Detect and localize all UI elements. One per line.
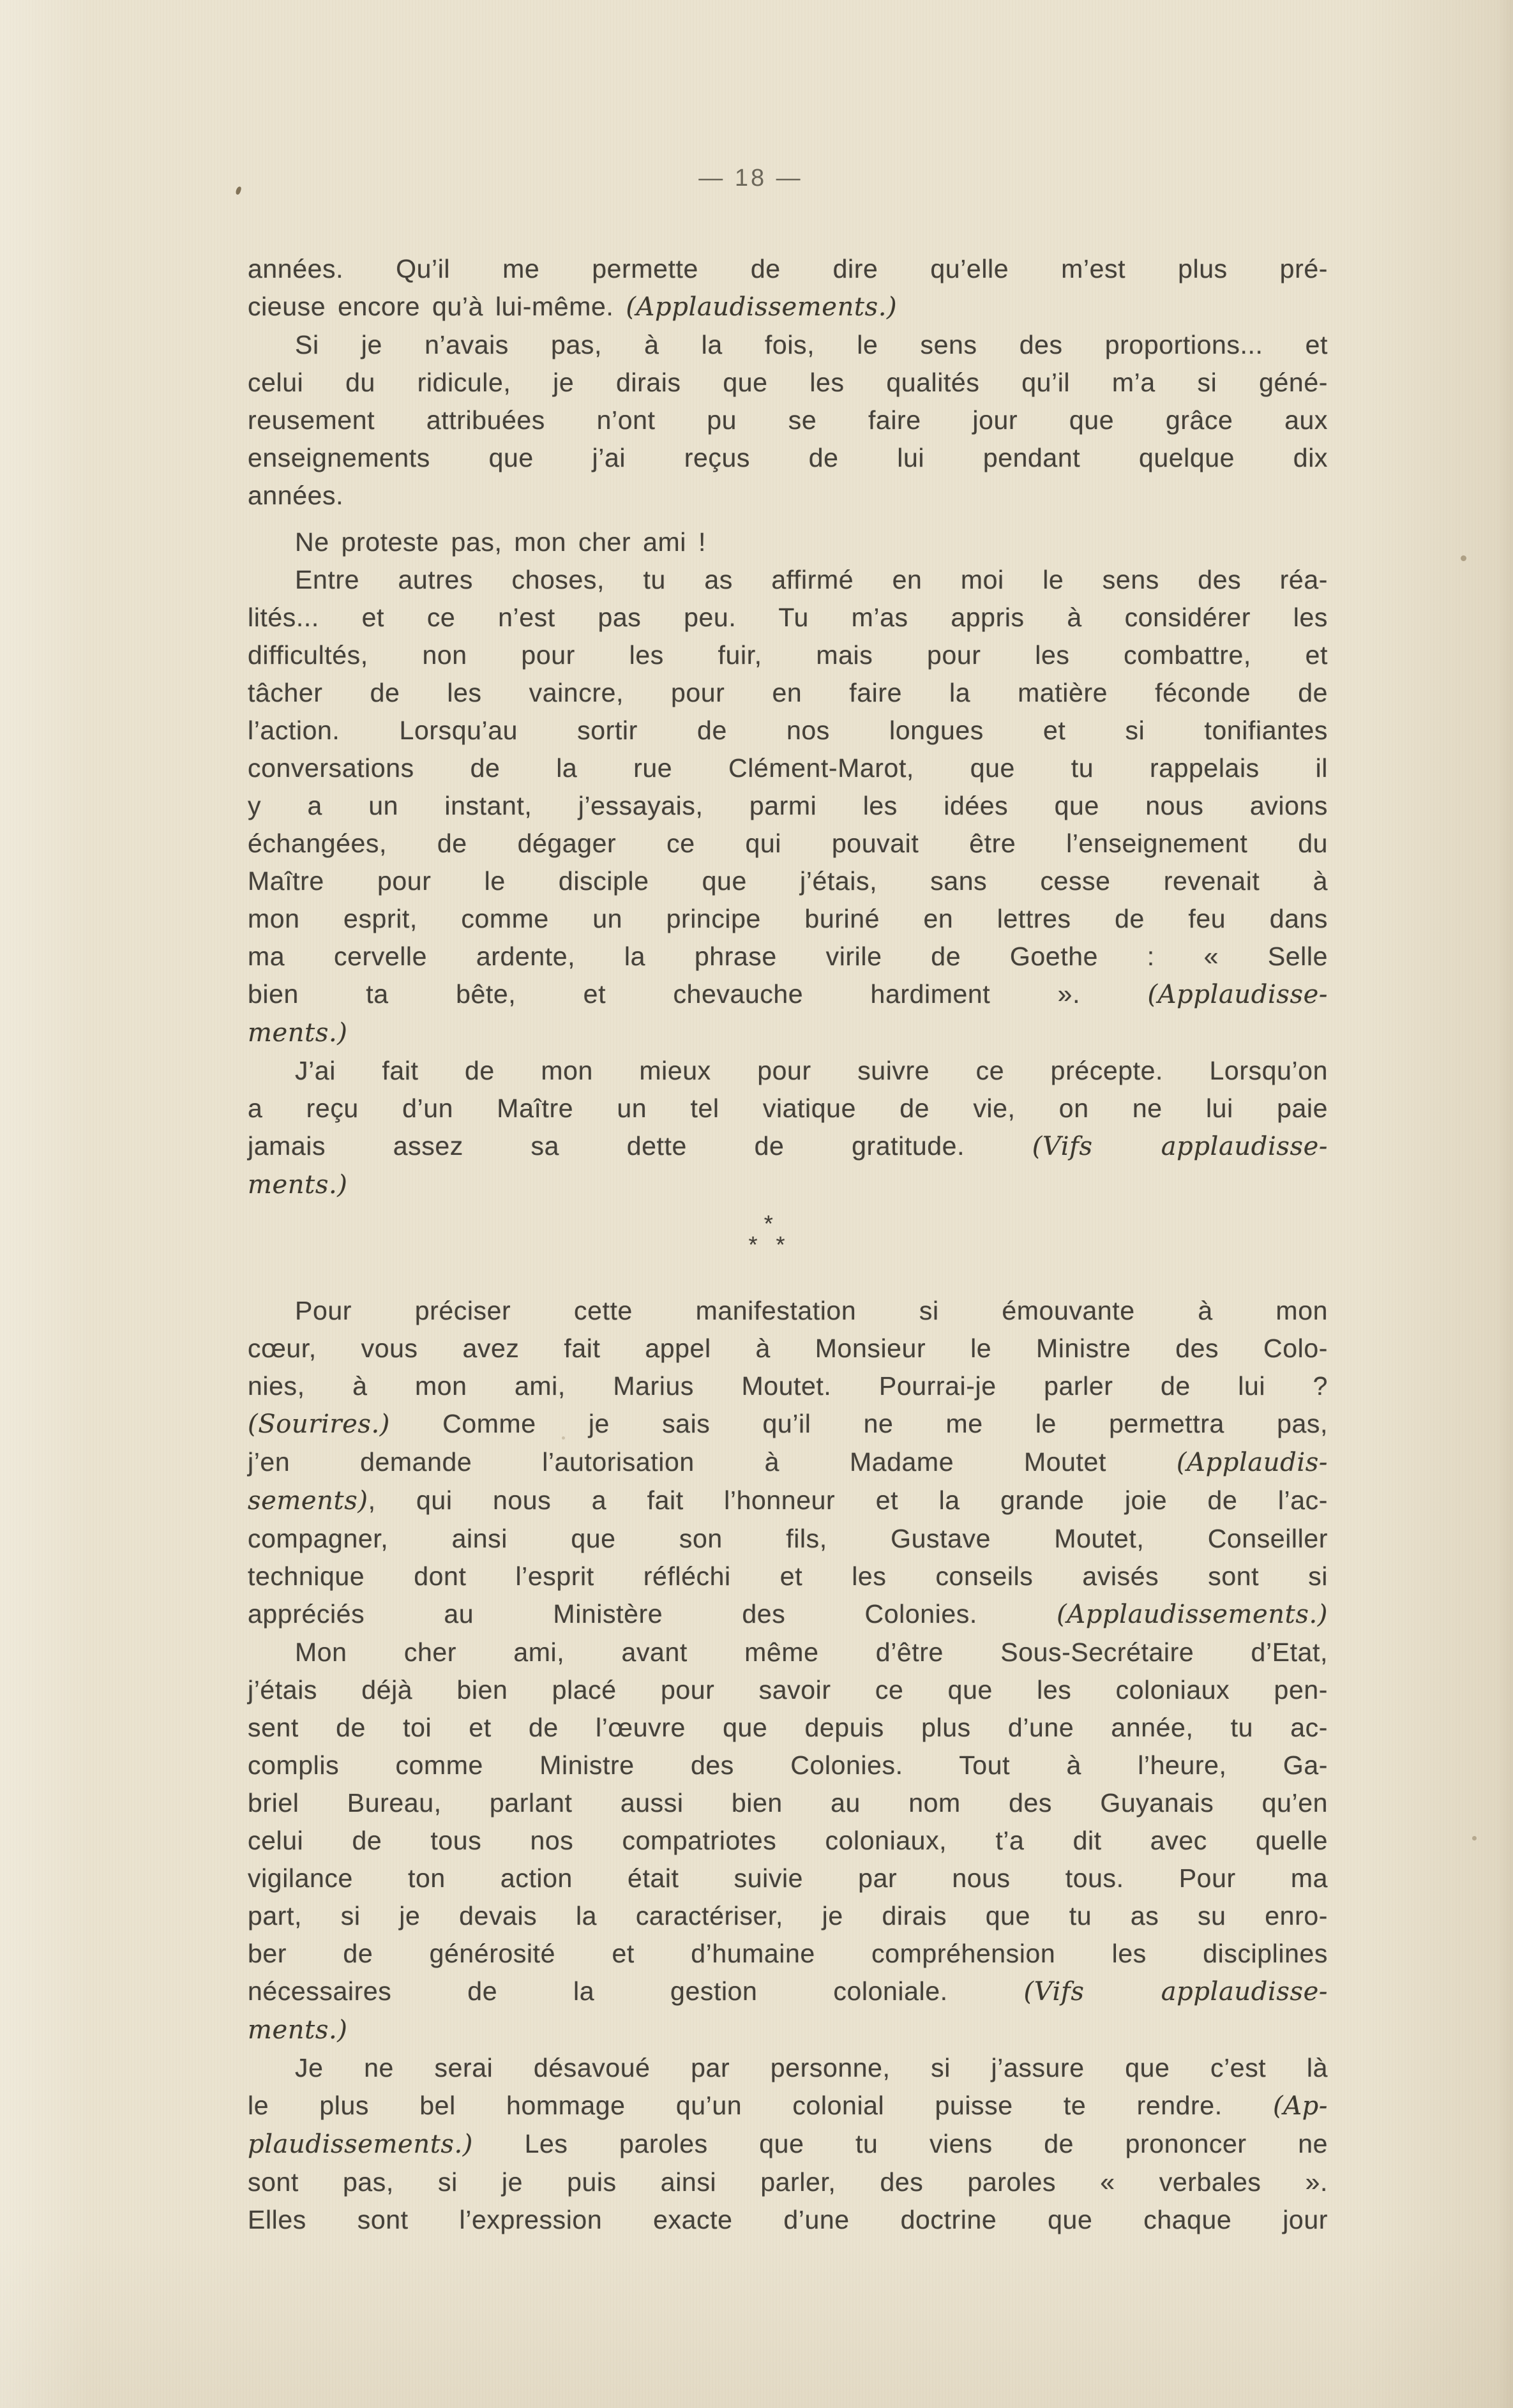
stage-direction-text: ments.) [248,2015,348,2045]
speech-text: cœur, vous avez fait appel à Monsieur le… [248,1334,1328,1363]
speech-text: tâcher de les vaincre, pour en faire la … [248,678,1328,707]
speech-text: j’en demande l’autorisation à Madame Mou… [248,1447,1177,1477]
text-line: a reçu d’un Maître un tel viatique de vi… [248,1090,1328,1127]
speech-text: compagner, ainsi que son fils, Gustave M… [248,1524,1328,1553]
text-line: J’ai fait de mon mieux pour suivre ce pr… [248,1052,1328,1090]
speech-text: nies, à mon ami, Marius Moutet. Pourrai-… [248,1371,1328,1401]
paper-speck [1461,555,1466,561]
speech-text: y a un instant, j’essayais, parmi les id… [248,791,1328,820]
text-line: bien ta bête, et chevauche hardiment ». … [248,975,1328,1014]
speech-text: Les paroles que tu viens de prononcer ne [473,2129,1328,2158]
speech-text: briel Bureau, parlant aussi bien au nom … [248,1788,1328,1817]
speech-text: appréciés au Ministère des Colonies. [248,1599,1057,1629]
speech-text: celui du ridicule, je dirais que les qua… [248,368,1328,397]
text-line: jamais assez sa dette de gratitude. (Vif… [248,1127,1328,1166]
speech-text: Entre autres choses, tu as affirmé en mo… [295,565,1328,594]
text-line: appréciés au Ministère des Colonies. (Ap… [248,1595,1328,1634]
speech-text: cieuse encore qu’à lui-même. [248,292,626,321]
text-line: années. [248,477,1328,515]
speech-text: vigilance ton action était suivie par no… [248,1863,1328,1893]
speech-text: Maître pour le disciple que j’étais, san… [248,866,1328,896]
speech-text: Je ne serai désavoué par personne, si j’… [295,2053,1328,2082]
stage-direction-text: (Applaudissements.) [626,292,897,322]
text-line: difficultés, non pour les fuir, mais pou… [248,636,1328,674]
speech-text: Pour préciser cette manifestation si émo… [295,1296,1328,1325]
speech-text: mon esprit, comme un principe buriné en … [248,904,1328,933]
text-line: sements), qui nous a fait l’honneur et l… [248,1482,1328,1520]
text-line: briel Bureau, parlant aussi bien au nom … [248,1784,1328,1822]
text-line: ments.) [248,1166,1328,1204]
stage-direction-text: plaudissements.) [248,2130,473,2159]
speech-text: complis comme Ministre des Colonies. Tou… [248,1750,1328,1780]
text-line: l’action. Lorsqu’au sortir de nos longue… [248,712,1328,749]
text-line: Mon cher ami, avant même d’être Sous-Sec… [248,1634,1328,1671]
text-line: Ne proteste pas, mon cher ami ! [248,523,1328,561]
speech-text: Elles sont l’expression exacte d’une doc… [248,2205,1328,2234]
text-line: Je ne serai désavoué par personne, si j’… [248,2049,1328,2087]
text-line: sont pas, si je puis ainsi parler, des p… [248,2163,1328,2201]
speech-text: J’ai fait de mon mieux pour suivre ce pr… [295,1056,1328,1085]
stage-direction-text: (Applaudissements.) [1057,1600,1328,1629]
stage-direction-text: (Applaudisse- [1147,980,1328,1009]
speech-text: lités... et ce n’est pas peu. Tu m’as ap… [248,603,1328,632]
stage-direction-text: ments.) [248,1170,348,1200]
speech-text: Comme je sais qu’il ne me le permettra p… [390,1409,1328,1438]
speech-text: années. [248,481,343,510]
text-line: celui de tous nos compatriotes coloniaux… [248,1822,1328,1860]
text-line: cieuse encore qu’à lui-même. (Applaudiss… [248,288,1328,326]
speech-text: sont pas, si je puis ainsi parler, des p… [248,2167,1328,2197]
speech-text: Si je n’avais pas, à la fois, le sens de… [295,330,1328,359]
text-line: ments.) [248,1014,1328,1052]
speech-text: difficultés, non pour les fuir, mais pou… [248,640,1328,670]
text-line: sent de toi et de l’œuvre que depuis plu… [248,1709,1328,1747]
text-line: y a un instant, j’essayais, parmi les id… [248,787,1328,825]
speech-text: bien ta bête, et chevauche hardiment ». [248,979,1147,1009]
text-line: Pour préciser cette manifestation si émo… [248,1292,1328,1330]
text-block: années. Qu’il me permette de dire qu’ell… [248,250,1328,2239]
stage-direction-text: (Vifs applaudisse- [1024,1977,1328,2006]
text-line: nies, à mon ami, Marius Moutet. Pourrai-… [248,1367,1328,1405]
text-line: mon esprit, comme un principe buriné en … [248,900,1328,938]
asterisk-divider: ** * [229,1213,1309,1255]
text-line: échangées, de dégager ce qui pouvait êtr… [248,825,1328,862]
text-line: vigilance ton action était suivie par no… [248,1860,1328,1897]
speech-text: Ne proteste pas, mon cher ami ! [295,527,706,557]
text-line: j’en demande l’autorisation à Madame Mou… [248,1443,1328,1482]
speech-text: j’étais déjà bien placé pour savoir ce q… [248,1675,1328,1704]
text-line: le plus bel hommage qu’un colonial puiss… [248,2087,1328,2125]
text-line: celui du ridicule, je dirais que les qua… [248,364,1328,402]
text-line: tâcher de les vaincre, pour en faire la … [248,674,1328,712]
speech-text: reusement attribuées n’ont pu se faire j… [248,405,1328,435]
paper-speck [1472,1836,1477,1840]
text-line: années. Qu’il me permette de dire qu’ell… [248,250,1328,288]
text-line: cœur, vous avez fait appel à Monsieur le… [248,1330,1328,1367]
asterisk-divider-bottom: * * [229,1234,1309,1255]
text-line: ments.) [248,2011,1328,2049]
text-line: Entre autres choses, tu as affirmé en mo… [248,561,1328,599]
speech-text: , qui nous a fait l’honneur et la grande… [368,1486,1328,1515]
speech-text: a reçu d’un Maître un tel viatique de vi… [248,1094,1328,1123]
text-line: Maître pour le disciple que j’étais, san… [248,862,1328,900]
stage-direction-text: (Applaudis- [1177,1448,1328,1477]
speech-text: part, si je devais la caractériser, je d… [248,1901,1328,1930]
speech-text: jamais assez sa dette de gratitude. [248,1131,1032,1161]
text-line: part, si je devais la caractériser, je d… [248,1897,1328,1935]
speech-text: années. Qu’il me permette de dire qu’ell… [248,254,1328,283]
text-line: ma cervelle ardente, la phrase virile de… [248,938,1328,975]
text-line: reusement attribuées n’ont pu se faire j… [248,402,1328,439]
text-line: ber de générosité et d’humaine compréhen… [248,1935,1328,1973]
speech-text: ma cervelle ardente, la phrase virile de… [248,942,1328,971]
scanned-document-page: { "page": { "number_label": "— 18 —", "d… [0,0,1513,2408]
stage-direction-text: (Ap- [1273,2091,1328,2121]
speech-text: échangées, de dégager ce qui pouvait êtr… [248,829,1328,858]
speech-text: celui de tous nos compatriotes coloniaux… [248,1826,1328,1855]
speech-text: nécessaires de la gestion coloniale. [248,1976,1024,2006]
speech-text: enseignements que j’ai reçus de lui pend… [248,443,1328,472]
speech-text: le plus bel hommage qu’un colonial puiss… [248,2091,1273,2120]
text-line: (Sourires.) Comme je sais qu’il ne me le… [248,1405,1328,1443]
speech-text: l’action. Lorsqu’au sortir de nos longue… [248,716,1328,745]
text-line: j’étais déjà bien placé pour savoir ce q… [248,1671,1328,1709]
text-line: Elles sont l’expression exacte d’une doc… [248,2201,1328,2239]
text-line: complis comme Ministre des Colonies. Tou… [248,1747,1328,1784]
text-line: technique dont l’esprit réfléchi et les … [248,1558,1328,1595]
stage-direction-text: sements) [248,1486,368,1516]
stage-direction-text: (Sourires.) [248,1410,390,1439]
text-line: nécessaires de la gestion coloniale. (Vi… [248,1973,1328,2011]
text-line: enseignements que j’ai reçus de lui pend… [248,439,1328,477]
stage-direction-text: (Vifs applaudisse- [1032,1132,1328,1161]
speech-text: sent de toi et de l’œuvre que depuis plu… [248,1713,1328,1742]
speech-text: Mon cher ami, avant même d’être Sous-Sec… [295,1637,1328,1667]
text-line: Si je n’avais pas, à la fois, le sens de… [248,326,1328,364]
text-line: compagner, ainsi que son fils, Gustave M… [248,1520,1328,1558]
text-line: plaudissements.) Les paroles que tu vien… [248,2125,1328,2163]
text-line: lités... et ce n’est pas peu. Tu m’as ap… [248,599,1328,636]
page-number: — 18 — [211,165,1291,192]
speech-text: conversations de la rue Clément-Marot, q… [248,753,1328,783]
speech-text: technique dont l’esprit réfléchi et les … [248,1561,1328,1591]
speech-text: ber de générosité et d’humaine compréhen… [248,1939,1328,1968]
text-line: conversations de la rue Clément-Marot, q… [248,749,1328,787]
stage-direction-text: ments.) [248,1018,348,1048]
